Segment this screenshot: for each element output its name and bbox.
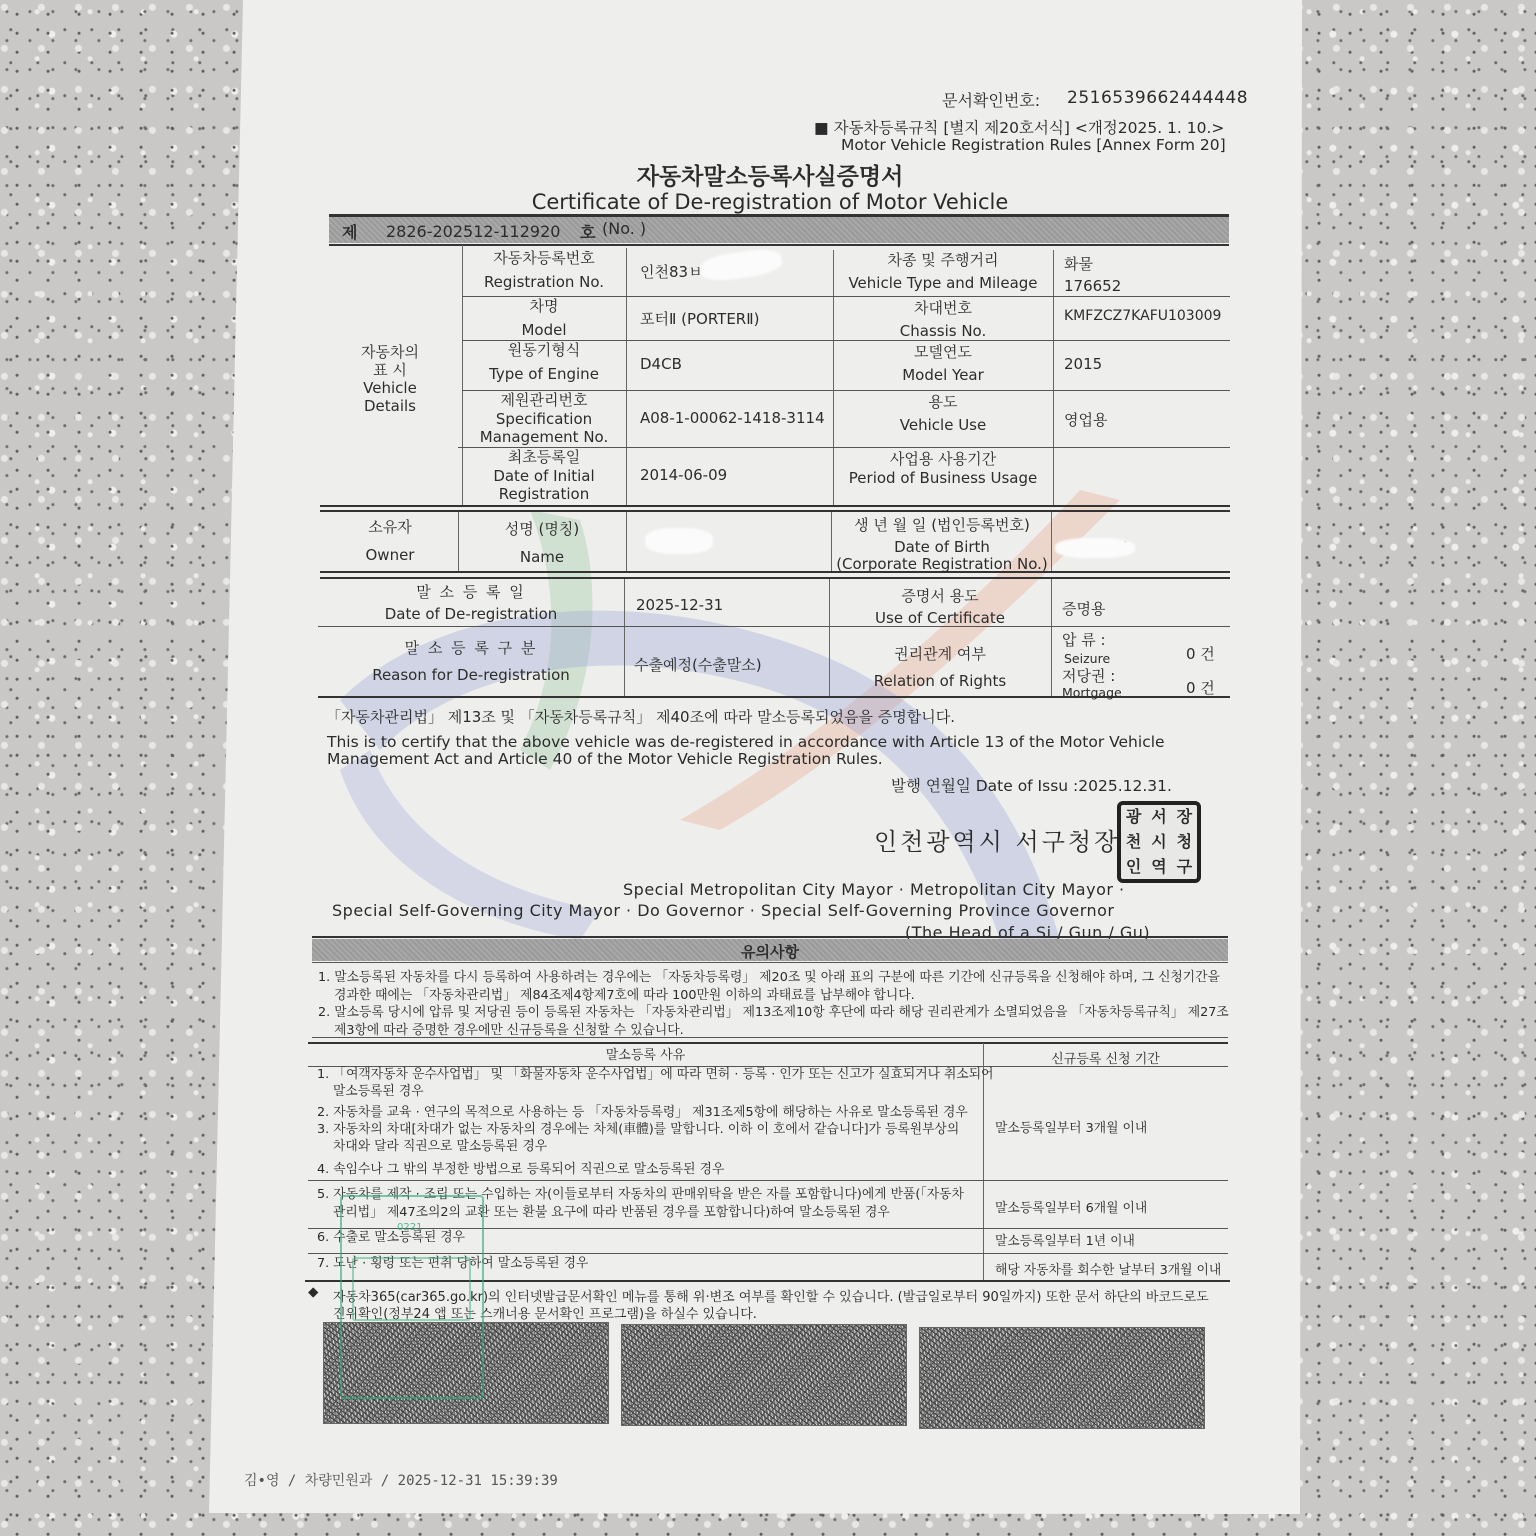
reason-table-col1: 말소등록 사유 [308,1044,983,1063]
seizure-label-en: Seizure [1064,651,1110,666]
vehicle-row-label-en: Model [462,321,626,339]
vehicle-row-right-label-en: Period of Business Usage [833,469,1053,487]
reason-table-reason: 말소등록된 경우 [333,1080,424,1099]
statement-en-1: This is to certify that the above vehicl… [327,733,1165,751]
issuer-name: 인천광역시 서구청장 [874,822,1120,857]
vehicle-row-label-ko: 제원관리번호 [462,391,626,409]
dob-redacted [1055,538,1135,558]
vehicle-row-right-label-ko: 용도 [833,393,1053,411]
owner-name-label-ko: 성명 (명칭) [462,520,622,538]
vehicle-row-label-ko: 최초등록일 [462,448,626,466]
vehicle-row-value: 2014-06-09 [640,466,727,484]
vehicle-row-right-value: 2015 [1064,355,1102,373]
use-label-en: Use of Certificate [829,609,1051,627]
reason-table-period: 해당 자동차를 회수한 날부터 3개월 이내 [995,1259,1221,1278]
reason-table-period: 말소등록일부터 3개월 이내 [995,1117,1147,1136]
seal-glyph: 역 [1146,859,1171,875]
corp-reg-label-en: (Corporate Registration No.) [826,555,1058,573]
form-reference-en: Motor Vehicle Registration Rules [Annex … [841,136,1226,154]
vehicle-row-value: D4CB [640,355,682,373]
dereg-date-value: 2025-12-31 [636,596,723,614]
vehicle-row-right-label-en: Vehicle Type and Mileage [833,274,1053,292]
vehicle-row-right-label-en: Model Year [833,366,1053,384]
vehicle-row-right-label-ko: 모델연도 [833,343,1053,361]
owner-name-redacted [645,528,713,554]
seizure-label-ko: 압 류 : [1062,631,1106,649]
dereg-date-label-en: Date of De-registration [320,605,622,623]
seal-glyph: 서 [1146,809,1171,825]
owner-section-en: Owner [330,546,450,564]
note-item-line: 제3항에 따라 증명한 경우에만 신규등록을 신청할 수 있습니다. [334,1019,684,1038]
reason-value: 수출예정(수출말소) [634,654,762,675]
vehicle-row-label-en: Type of Engine [462,365,626,383]
reason-table-period: 말소등록일부터 6개월 이내 [995,1197,1147,1216]
doc-check-number: 2516539662444448 [1067,88,1248,108]
vehicle-row-right-value-2: 176652 [1064,277,1121,295]
issue-date-line: 발행 연월일 Date of Issu :2025.12.31. [891,774,1172,796]
vehicle-row-label-en: Specification Management No. [462,410,626,446]
reason-table-col2: 신규등록 신청 기간 [983,1048,1228,1067]
reason-table-period: 말소등록일부터 1년 이내 [995,1230,1135,1249]
diamond-bullet-icon: ◆ [308,1284,318,1300]
mortgage-count: 0 건 [1186,677,1215,698]
vehicle-row-right-label-en: Chassis No. [833,322,1053,340]
verification-barcode-3[interactable] [919,1327,1205,1429]
issuer-en-1: Special Metropolitan City Mayor · Metrop… [623,880,1125,899]
seal-glyph: 천 [1121,834,1146,850]
seizure-count: 0 건 [1186,643,1215,664]
seal-glyph: 시 [1146,834,1171,850]
cert-number-prefix: 제 [342,220,357,243]
dob-label-en: Date of Birth [833,538,1051,556]
dob-label-ko: 생 년 월 일 (법인등록번호) [833,516,1051,534]
rights-label-ko: 권리관계 여부 [829,645,1051,663]
reason-label-ko: 말 소 등 록 구 분 [320,639,622,657]
vehicle-row-value: 인천83ㅂ [640,261,703,282]
vehicle-row-label-en: Registration No. [462,273,626,291]
official-seal: 광서장천시청인역구 [1117,801,1201,883]
cert-number-suffix-ko: 호 [580,220,595,243]
use-value: 증명용 [1062,598,1105,619]
vehicle-row-right-label-ko: 차대번호 [833,299,1053,317]
vehicle-row-label-ko: 차명 [462,297,626,315]
green-receipt-stamp: 0221 [340,1195,484,1399]
vehicle-row-right-label-ko: 사업용 사용기간 [833,450,1053,468]
notes-title: 유의사항 [312,941,1228,962]
seal-glyph: 광 [1121,809,1146,825]
vehicle-row-right-value: KMFZCZ7KAFU103009 [1064,308,1221,324]
seal-glyph: 청 [1172,834,1197,850]
rights-label-en: Relation of Rights [829,672,1051,690]
seal-glyph: 구 [1172,859,1197,875]
dereg-date-label-ko: 말 소 등 록 일 [320,583,622,601]
square-bullet-icon: ■ [814,119,834,137]
title-en: Certificate of De-registration of Motor … [470,190,1070,214]
reason-label-en: Reason for De-registration [320,666,622,684]
issue-date: 2025.12.31. [1078,777,1172,795]
vehicle-row-label-en: Date of Initial Registration [462,467,626,503]
vehicle-row-label-ko: 원동기형식 [462,341,626,359]
vehicle-row-label-ko: 자동차등록번호 [462,249,626,267]
note-item-line: 2. 말소등록 당시에 압류 및 저당권 등이 등록된 자동차는 「자동차관리법… [318,1001,1229,1020]
seal-glyph: 인 [1121,859,1146,875]
reason-table-reason: 4. 속임수나 그 밖의 부정한 방법으로 등록되어 직권으로 말소등록된 경우 [317,1158,724,1177]
vehicle-section-label: 자동차의 표 시 Vehicle Details [335,343,445,415]
mortgage-label-en: Mortgage [1062,685,1122,700]
vehicle-row-right-value: 영업용 [1064,409,1107,430]
note-item-line: 1. 말소등록된 자동차를 다시 등록하여 사용하려는 경우에는 「자동차등록령… [318,966,1220,985]
cert-number: 2826-202512-112920 [386,222,560,241]
vehicle-row-right-label-en: Vehicle Use [833,416,1053,434]
vehicle-row-value: A08-1-00062-1418-3114 [640,409,825,427]
vehicle-row-right-label-ko: 차종 및 주행거리 [833,251,1053,269]
use-label-ko: 증명서 용도 [829,587,1051,605]
title-ko: 자동차말소등록사실증명서 [520,158,1020,191]
verification-barcode-2[interactable] [621,1324,907,1426]
owner-section-ko: 소유자 [330,518,450,536]
issuer-en-2: Special Self-Governing City Mayor · Do G… [332,901,1115,920]
form-reference-ko: ■ 자동차등록규칙 [별지 제20호서식] <개정2025. 1. 10.> [814,116,1224,138]
statement-en-2: Management Act and Article 40 of the Mot… [327,750,883,768]
cert-number-suffix-en: (No. ) [602,219,646,238]
statement-ko: 「자동차관리법」 제13조 및 「자동차등록규칙」 제40조에 따라 말소등록되… [326,706,955,727]
mortgage-label-ko: 저당권 : [1062,667,1115,685]
vehicle-row-value: 포터Ⅱ (PORTERⅡ) [640,308,759,329]
doc-check-label: 문서확인번호: [942,88,1040,111]
owner-name-label-en: Name [462,548,622,566]
seal-glyph: 장 [1172,809,1197,825]
print-footer: 김•영 / 차량민원과 / 2025-12-31 15:39:39 [244,1470,558,1490]
vehicle-row-right-value: 화물 [1064,253,1093,274]
reason-table-reason: 차대와 달라 직권으로 말소등록된 경우 [333,1135,547,1154]
